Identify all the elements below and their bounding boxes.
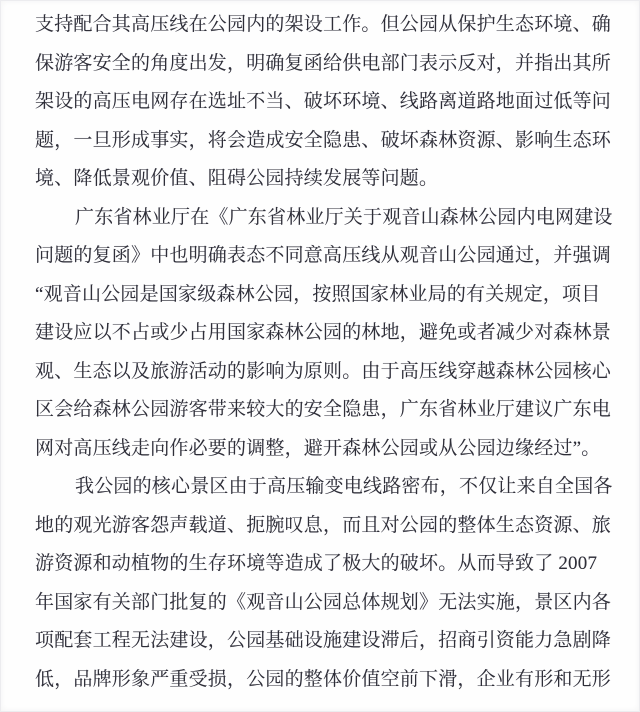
text-line: 支持配合其高压线在公园内的架设工作。但公园从保护生态环境、确 (35, 6, 609, 45)
text-line: 建设应以不占或少占用国家森林公园的林地，避免或者减少对森林景 (35, 314, 609, 353)
text-line-paragraph-start: 我公园的核心景区由于高压输变电线路密布，不仅让来自全国各 (35, 468, 609, 507)
text-line: 低，品牌形象严重受损，公园的整体价值空前下滑，企业有形和无形 (35, 661, 609, 700)
text-line: 游资源和动植物的生存环境等造成了极大的破坏。从而导致了 2007 (35, 545, 609, 584)
document-page: 支持配合其高压线在公园内的架设工作。但公园从保护生态环境、确 保游客安全的角度出… (0, 0, 640, 712)
text-line: 境、降低景观价值、阻碍公园持续发展等问题。 (35, 160, 609, 199)
text-block: 支持配合其高压线在公园内的架设工作。但公园从保护生态环境、确 保游客安全的角度出… (35, 6, 609, 699)
text-line: 区会给森林公园游客带来较大的安全隐患，广东省林业厅建议广东电 (35, 391, 609, 430)
text-line: 保游客安全的角度出发，明确复函给供电部门表示反对，并指出其所 (35, 45, 609, 84)
text-line: “观音山公园是国家级森林公园，按照国家林业局的有关规定，项目 (35, 276, 609, 315)
text-line: 问题的复函》中也明确表态不同意高压线从观音山公园通过，并强调 (35, 237, 609, 276)
text-line: 年国家有关部门批复的《观音山公园总体规划》无法实施，景区内各 (35, 584, 609, 623)
text-line: 观、生态以及旅游活动的影响为原则。由于高压线穿越森林公园核心 (35, 353, 609, 392)
text-line-paragraph-start: 广东省林业厅在《广东省林业厅关于观音山森林公园内电网建设 (35, 199, 609, 238)
text-line: 网对高压线走向作必要的调整，避开森林公园或从公园边缘经过”。 (35, 430, 609, 469)
text-line: 架设的高压电网存在选址不当、破坏环境、线路离道路地面过低等问 (35, 83, 609, 122)
text-line: 项配套工程无法建设，公园基础设施建设滞后，招商引资能力急剧降 (35, 622, 609, 661)
text-line: 地的观光游客怨声载道、扼腕叹息，而且对公园的整体生态资源、旅 (35, 507, 609, 546)
text-line: 题，一旦形成事实，将会造成安全隐患、破坏森林资源、影响生态环 (35, 122, 609, 161)
